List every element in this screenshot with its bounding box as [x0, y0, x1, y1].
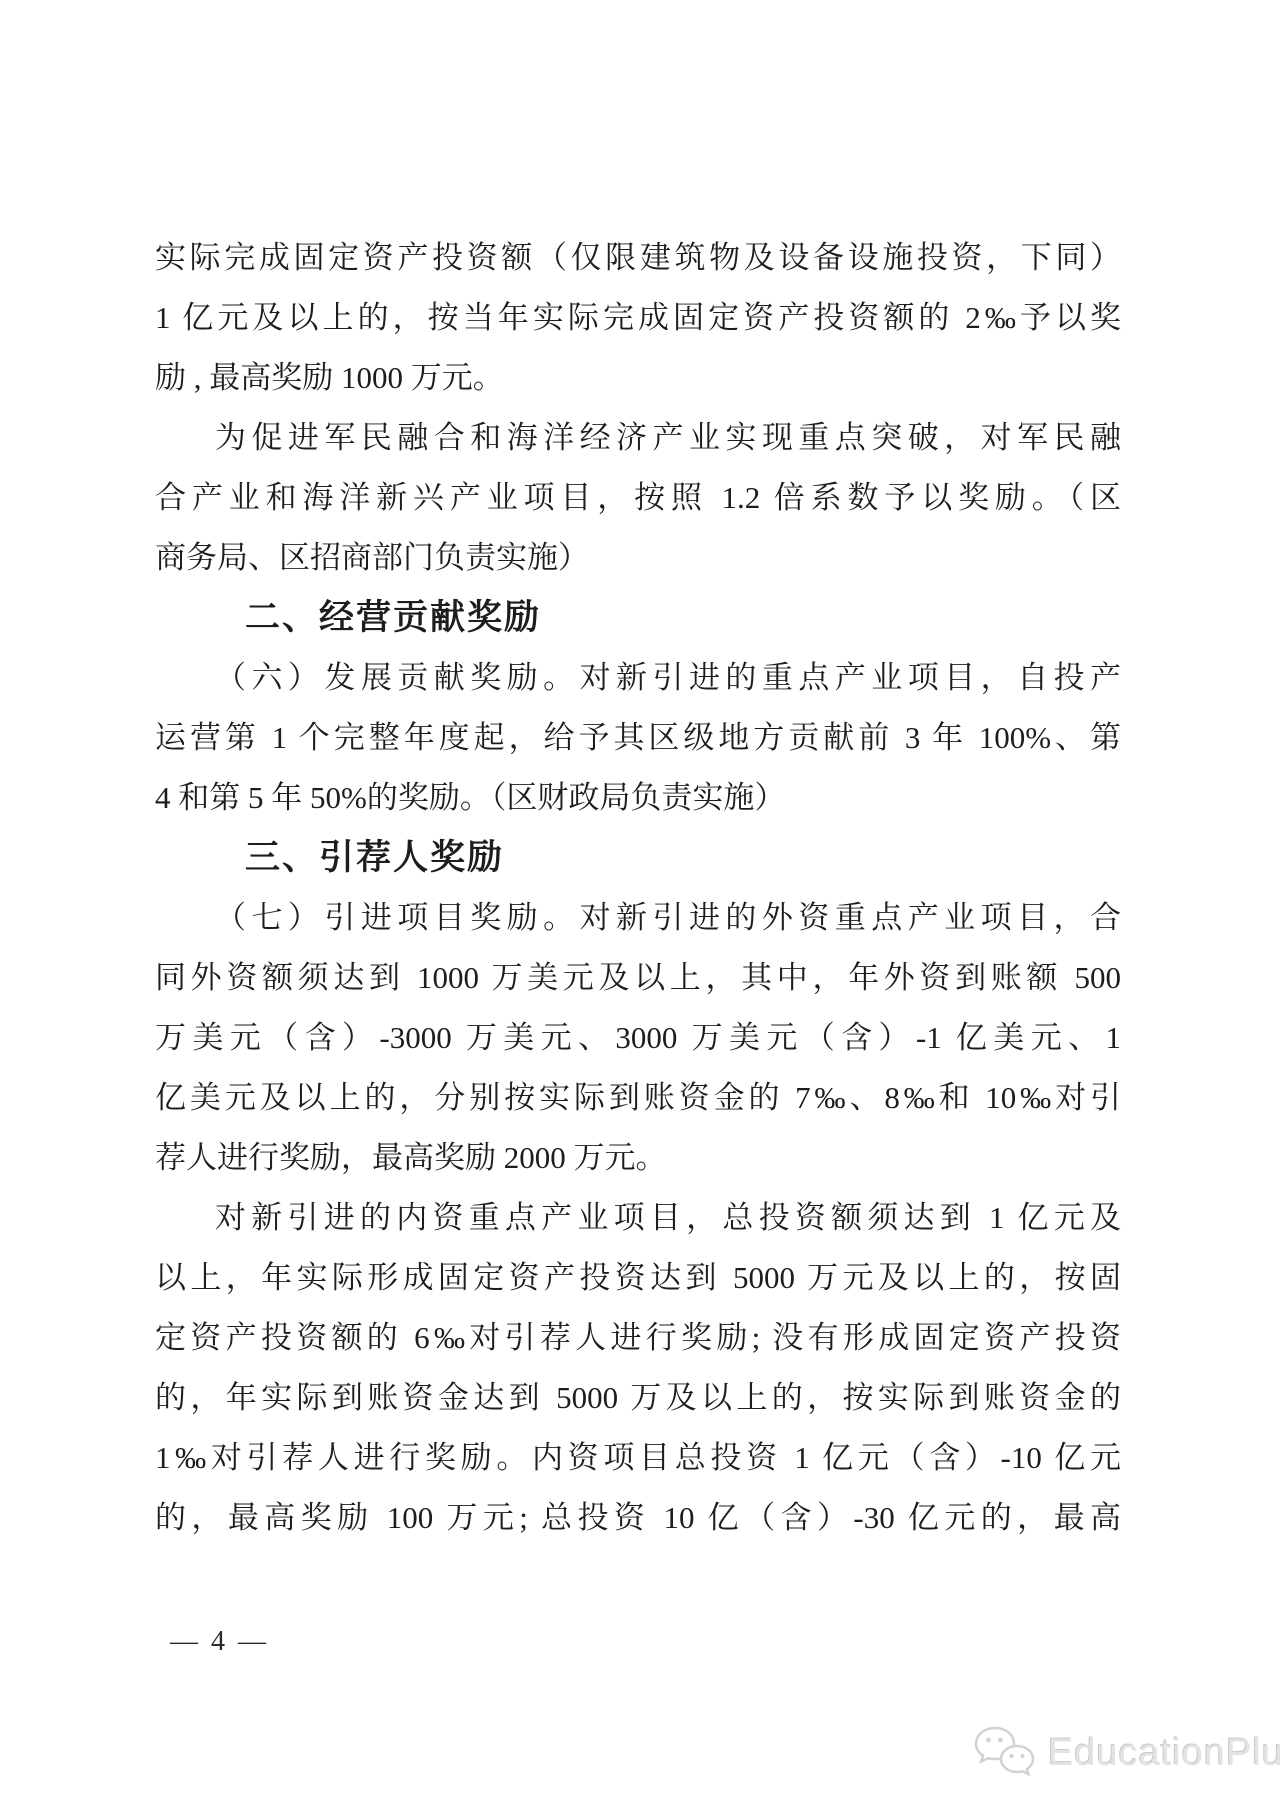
text-line: 实际完成固定资产投资额（仅限建筑物及设备设施投资，下同） [155, 228, 1121, 288]
text-line: 同外资额须达到 1000 万美元及以上，其中，年外资到账额 500 [155, 948, 1121, 1008]
text-line: 商务局、区招商部门负责实施） [155, 528, 1121, 588]
watermark-label: EducationPlus [1048, 1732, 1280, 1775]
text-line: 对新引进的内资重点产业项目，总投资额须达到 1 亿元及 [155, 1188, 1121, 1248]
text-line: 4 和第 5 年 50%的奖励。（区财政局负责实施） [155, 768, 1121, 828]
section-heading-referrer-reward: 三、引荐人奖励 [155, 828, 1121, 888]
text-line: 1 亿元及以上的，按当年实际完成固定资产投资额的 2‰予以奖 [155, 288, 1121, 348]
text-line: （六）发展贡献奖励。对新引进的重点产业项目，自投产 [155, 648, 1121, 708]
text-line: 定资产投资额的 6‰对引荐人进行奖励; 没有形成固定资产投资 [155, 1308, 1121, 1368]
text-line: 以上，年实际形成固定资产投资达到 5000 万元及以上的，按固 [155, 1248, 1121, 1308]
text-line: 1‰对引荐人进行奖励。内资项目总投资 1 亿元（含）-10 亿元 [155, 1428, 1121, 1488]
text-line: （七）引进项目奖励。对新引进的外资重点产业项目，合 [155, 888, 1121, 948]
page-number: — 4 — [170, 1626, 269, 1658]
text-line: 的，年实际到账资金达到 5000 万及以上的，按实际到账资金的 [155, 1368, 1121, 1428]
text-line: 的，最高奖励 100 万元; 总投资 10 亿（含）-30 亿元的，最高 [155, 1488, 1121, 1548]
text-line: 荐人进行奖励，最高奖励 2000 万元。 [155, 1128, 1121, 1188]
text-line: 亿美元及以上的，分别按实际到账资金的 7‰、8‰和 10‰对引 [155, 1068, 1121, 1128]
text-line: 运营第 1 个完整年度起，给予其区级地方贡献前 3 年 100%、第 [155, 708, 1121, 768]
text-line: 励 , 最高奖励 1000 万元。 [155, 348, 1121, 408]
educationplus-watermark: EducationPlus [972, 1724, 1280, 1782]
document-body: 实际完成固定资产投资额（仅限建筑物及设备设施投资，下同） 1 亿元及以上的，按当… [155, 228, 1121, 1548]
text-line: 为促进军民融合和海洋经济产业实现重点突破，对军民融 [155, 408, 1121, 468]
section-heading-business-contribution: 二、经营贡献奖励 [155, 588, 1121, 648]
text-line: 合产业和海洋新兴产业项目，按照 1.2 倍系数予以奖励。（区 [155, 468, 1121, 528]
wechat-icon [972, 1724, 1038, 1782]
text-line: 万美元（含）-3000 万美元、3000 万美元（含）-1 亿美元、1 [155, 1008, 1121, 1068]
